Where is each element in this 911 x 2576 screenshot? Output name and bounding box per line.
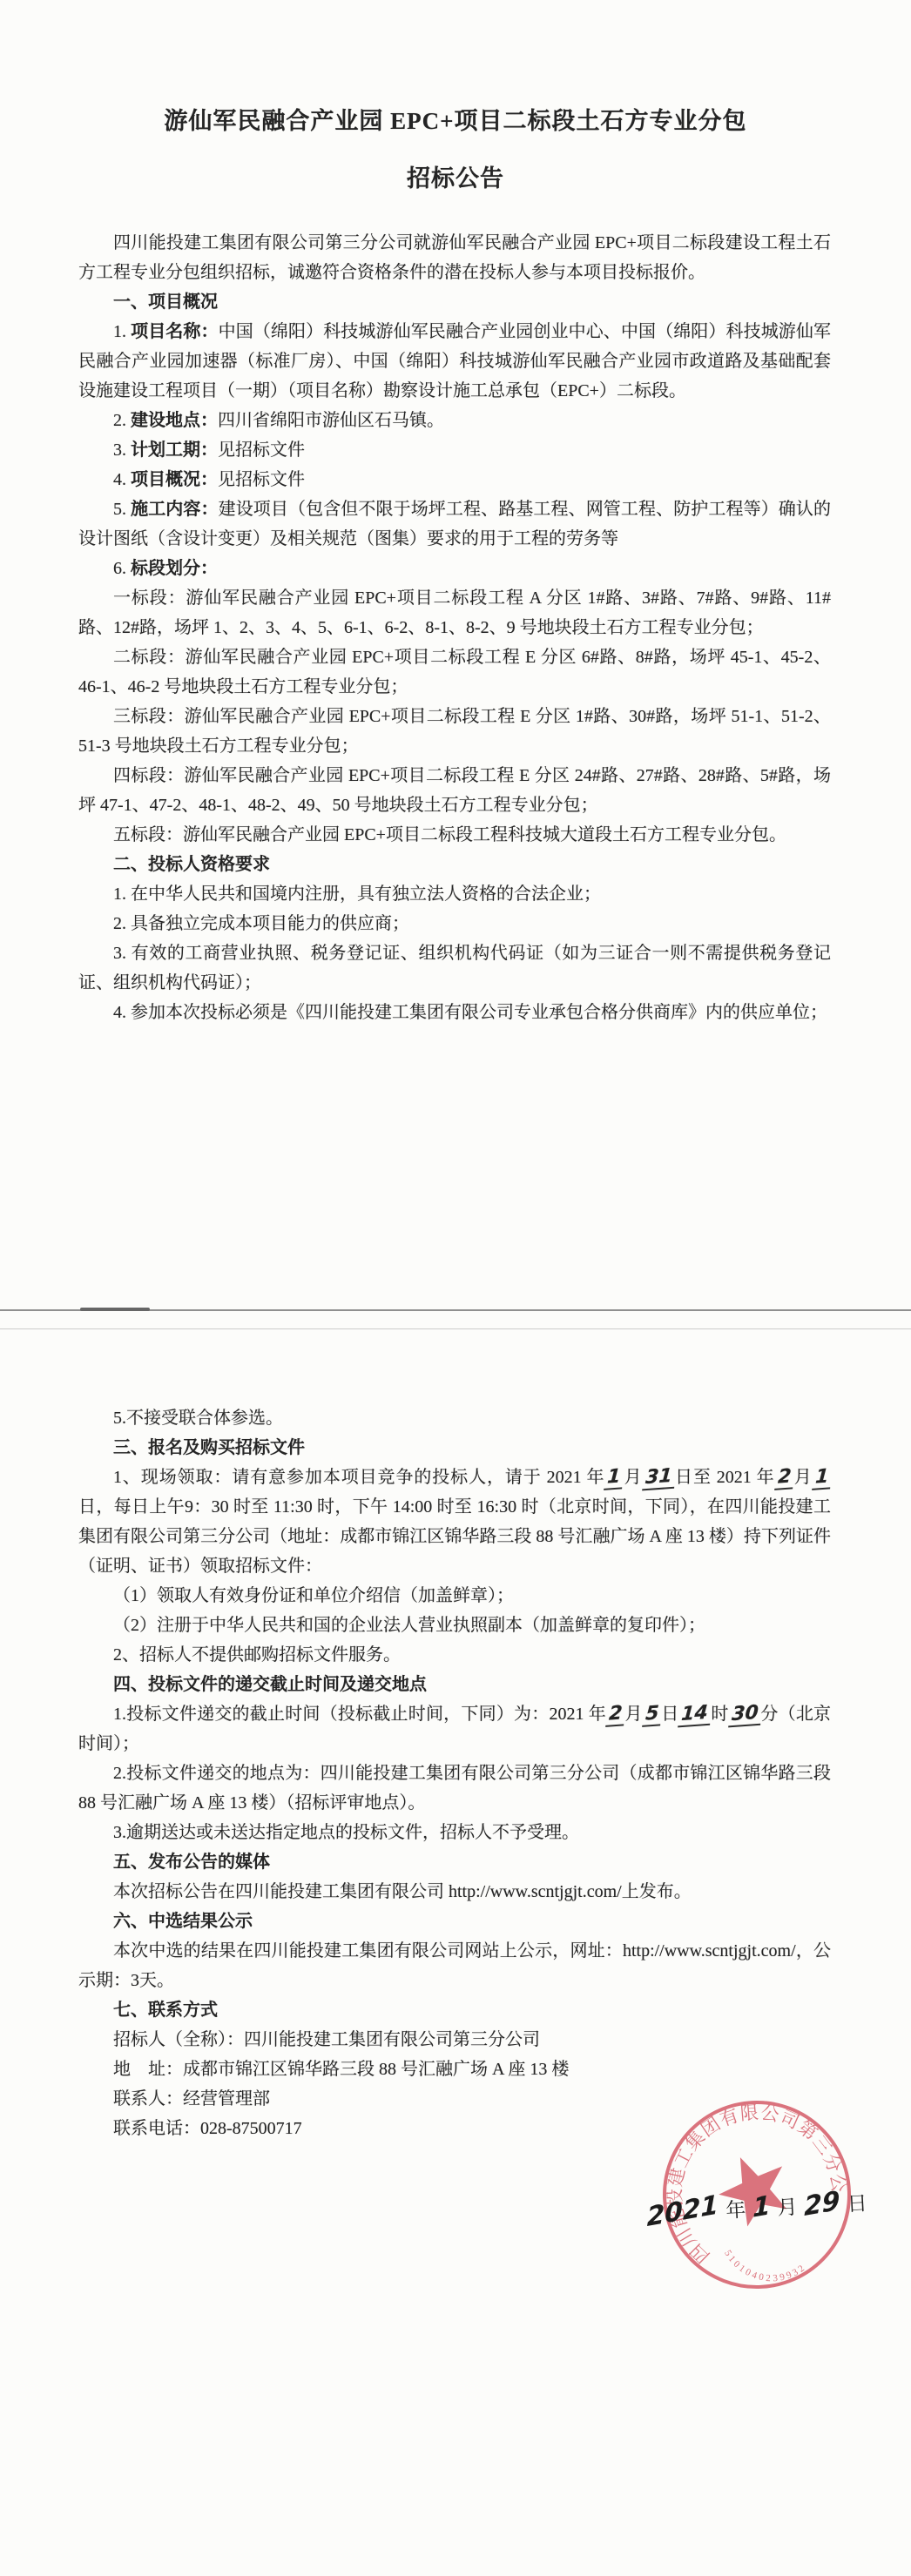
paragraph: 本次招标公告在四川能投建工集团有限公司 http://www.scntjgjt.… bbox=[78, 1877, 831, 1907]
text-run: （1）领取人有效身份证和单位介绍信（加盖鲜章）； bbox=[113, 1586, 514, 1605]
text-run: 月 bbox=[772, 2196, 803, 2219]
text-run: 二标段：游仙军民融合产业园 EPC+项目二标段工程 E 分区 6#路、8#路，场… bbox=[78, 648, 831, 696]
paragraph: 6. 标段划分： bbox=[78, 554, 831, 583]
text-run: 2.投标文件递交的地点为：四川能投建工集团有限公司第三分公司（成都市锦江区锦华路… bbox=[78, 1764, 831, 1813]
paragraph: 3. 计划工期：见招标文件 bbox=[78, 435, 831, 465]
text-run: 五标段：游仙军民融合产业园 EPC+项目二标段工程科技城大道段土石方工程专业分包… bbox=[113, 825, 786, 844]
text-run: 三标段：游仙军民融合产业园 EPC+项目二标段工程 E 分区 1#路、30#路，… bbox=[78, 707, 831, 756]
text-run: 3.逾期送达或未送达指定地点的投标文件，招标人不予受理。 bbox=[113, 1823, 579, 1842]
text-run: 日，每日上午9：30 时至 11:30 时，下午 14:00 时至 16:30 … bbox=[78, 1497, 831, 1576]
scanned-tender-document: 游仙军民融合产业园 EPC+项目二标段土石方专业分包 招标公告 四川能投建工集团… bbox=[0, 0, 911, 2576]
text-run: 一、项目概况 bbox=[113, 293, 218, 312]
section-heading: 五、发布公告的媒体 bbox=[78, 1847, 831, 1877]
text-run: 时 bbox=[711, 1705, 728, 1724]
page-1: 游仙军民融合产业园 EPC+项目二标段土石方专业分包 招标公告 四川能投建工集团… bbox=[0, 0, 911, 1027]
text-run: 2、招标人不提供邮购招标文件服务。 bbox=[113, 1645, 401, 1665]
handwritten-entry: 31 bbox=[642, 1467, 675, 1491]
handwritten-entry: 1 bbox=[812, 1467, 832, 1490]
section-heading: 二、投标人资格要求 bbox=[78, 850, 831, 879]
text-run: 日 bbox=[841, 2192, 867, 2215]
page-2: 5.不接受联合体参选。三、报名及购买招标文件1、现场领取：请有意参加本项目竞争的… bbox=[0, 1329, 911, 2143]
section-heading: 一、项目概况 bbox=[78, 287, 831, 317]
handwritten-entry: 5 bbox=[642, 1704, 662, 1727]
page-1-body: 四川能投建工集团有限公司第三分公司就游仙军民融合产业园 EPC+项目二标段建设工… bbox=[78, 228, 831, 1027]
paragraph: 2. 具备独立完成本项目能力的供应商； bbox=[78, 909, 831, 938]
handwritten-entry: 14 bbox=[678, 1704, 712, 1728]
text-run: 月 bbox=[793, 1468, 813, 1487]
text-run: 5. bbox=[113, 500, 131, 519]
document-title-line-1: 游仙军民融合产业园 EPC+项目二标段土石方专业分包 bbox=[0, 92, 911, 150]
text-run: 一标段：游仙军民融合产业园 EPC+项目二标段工程 A 分区 1#路、3#路、7… bbox=[78, 589, 831, 637]
text-run: 3. 有效的工商营业执照、税务登记证、组织机构代码证（如为三证合一则不需提供税务… bbox=[78, 944, 831, 992]
text-run: 三、报名及购买招标文件 bbox=[113, 1438, 305, 1457]
handwritten-entry: 30 bbox=[728, 1704, 761, 1728]
document-title-block: 游仙军民融合产业园 EPC+项目二标段土石方专业分包 招标公告 bbox=[0, 0, 911, 207]
page-2-body: 5.不接受联合体参选。三、报名及购买招标文件1、现场领取：请有意参加本项目竞争的… bbox=[78, 1403, 831, 2143]
paragraph: （2）注册于中华人民共和国的企业法人营业执照副本（加盖鲜章的复印件）； bbox=[78, 1611, 831, 1640]
paragraph: 5. 施工内容：建设项目（包含但不限于场坪工程、路基工程、网管工程、防护工程等）… bbox=[78, 494, 831, 554]
paragraph: 四标段：游仙军民融合产业园 EPC+项目二标段工程 E 分区 24#路、27#路… bbox=[78, 761, 831, 820]
section-heading: 四、投标文件的递交截止时间及递交地点 bbox=[78, 1670, 831, 1699]
text-run: 项目名称： bbox=[131, 322, 219, 341]
text-run: 四川省绵阳市游仙区石马镇。 bbox=[218, 411, 444, 430]
text-run: 四、投标文件的递交截止时间及递交地点 bbox=[113, 1675, 427, 1694]
text-run: 1. bbox=[113, 322, 131, 341]
paragraph: 1.投标文件递交的截止时间（投标截止时间，下同）为：2021 年2月5日14时3… bbox=[78, 1699, 831, 1759]
paragraph: 2.投标文件递交的地点为：四川能投建工集团有限公司第三分公司（成都市锦江区锦华路… bbox=[78, 1759, 831, 1818]
text-run: 五、发布公告的媒体 bbox=[113, 1853, 270, 1872]
text-run: 月 bbox=[624, 1705, 642, 1724]
text-run: 建设地点： bbox=[131, 411, 218, 430]
text-run: 年 bbox=[720, 2198, 752, 2222]
text-run: 联系电话：028-87500717 bbox=[113, 2119, 302, 2138]
paragraph: 五标段：游仙军民融合产业园 EPC+项目二标段工程科技城大道段土石方工程专业分包… bbox=[78, 820, 831, 850]
text-run: 六、中选结果公示 bbox=[113, 1912, 253, 1931]
paragraph: 3. 有效的工商营业执照、税务登记证、组织机构代码证（如为三证合一则不需提供税务… bbox=[78, 938, 831, 998]
text-run: 见招标文件 bbox=[218, 441, 305, 460]
text-run: 项目概况： bbox=[131, 470, 218, 489]
paragraph: 4. 参加本次投标必须是《四川能投建工集团有限公司专业承包合格分供商库》内的供应… bbox=[78, 998, 831, 1027]
paragraph: 3.逾期送达或未送达指定地点的投标文件，招标人不予受理。 bbox=[78, 1818, 831, 1847]
text-run: 1、现场领取：请有意参加本项目竞争的投标人，请于 2021 年 bbox=[113, 1468, 604, 1487]
text-run: 地 址：成都市锦江区锦华路三段 88 号汇融广场 A 座 13 楼 bbox=[113, 2060, 569, 2079]
text-run: 施工内容： bbox=[131, 500, 219, 519]
section-heading: 七、联系方式 bbox=[78, 1995, 831, 2025]
text-run: 标段划分： bbox=[131, 559, 218, 578]
text-run: 4. bbox=[113, 470, 131, 489]
text-run: 2. bbox=[113, 411, 131, 430]
text-run: （2）注册于中华人民共和国的企业法人营业执照副本（加盖鲜章的复印件）； bbox=[113, 1616, 705, 1635]
text-run: 6. bbox=[113, 559, 131, 578]
paragraph: 1. 在中华人民共和国境内注册，具有独立法人资格的合法企业； bbox=[78, 879, 831, 909]
text-run: 四川能投建工集团有限公司第三分公司就游仙军民融合产业园 EPC+项目二标段建设工… bbox=[78, 233, 831, 282]
text-run: 七、联系方式 bbox=[113, 2001, 218, 2020]
paragraph: 地 址：成都市锦江区锦华路三段 88 号汇融广场 A 座 13 楼 bbox=[78, 2055, 831, 2084]
paragraph: 2. 建设地点：四川省绵阳市游仙区石马镇。 bbox=[78, 406, 831, 435]
handwritten-entry: 1 bbox=[751, 2192, 772, 2223]
text-run: 招标人（全称）：四川能投建工集团有限公司第三分公司 bbox=[113, 2030, 540, 2049]
text-run: 见招标文件 bbox=[218, 470, 305, 489]
paragraph: 一标段：游仙军民融合产业园 EPC+项目二标段工程 A 分区 1#路、3#路、7… bbox=[78, 583, 831, 642]
text-run: 2. 具备独立完成本项目能力的供应商； bbox=[113, 914, 409, 933]
paragraph: 1、现场领取：请有意参加本项目竞争的投标人，请于 2021 年1月31日至 20… bbox=[78, 1463, 831, 1581]
handwritten-entry: 2 bbox=[605, 1704, 625, 1727]
paragraph: 二标段：游仙军民融合产业园 EPC+项目二标段工程 E 分区 6#路、8#路，场… bbox=[78, 642, 831, 702]
text-run: 四标段：游仙军民融合产业园 EPC+项目二标段工程 E 分区 24#路、27#路… bbox=[78, 766, 831, 815]
text-run: 日至 2021 年 bbox=[674, 1468, 774, 1487]
section-heading: 三、报名及购买招标文件 bbox=[78, 1433, 831, 1463]
handwritten-entry: 1 bbox=[604, 1467, 624, 1490]
page-break-artifact bbox=[80, 1308, 150, 1311]
text-run: 日 bbox=[661, 1705, 678, 1724]
text-run: 月 bbox=[624, 1468, 643, 1487]
text-run: 5.不接受联合体参选。 bbox=[113, 1409, 283, 1428]
text-run: 1.投标文件递交的截止时间（投标截止时间，下同）为：2021 年 bbox=[113, 1705, 606, 1724]
text-run: 二、投标人资格要求 bbox=[113, 855, 270, 874]
text-run: 联系人：经营管理部 bbox=[113, 2089, 270, 2109]
paragraph: 4. 项目概况：见招标文件 bbox=[78, 465, 831, 494]
text-run: 1. 在中华人民共和国境内注册，具有独立法人资格的合法企业； bbox=[113, 884, 601, 904]
text-run: 本次招标公告在四川能投建工集团有限公司 http://www.scntjgjt.… bbox=[113, 1882, 692, 1901]
paragraph: 本次中选的结果在四川能投建工集团有限公司网站上公示，网址：http://www.… bbox=[78, 1936, 831, 1995]
text-run: 本次中选的结果在四川能投建工集团有限公司网站上公示，网址：http://www.… bbox=[78, 1941, 831, 1990]
document-title-line-2: 招标公告 bbox=[0, 150, 911, 207]
handwritten-entry: 2 bbox=[774, 1467, 794, 1490]
text-run: 4. 参加本次投标必须是《四川能投建工集团有限公司专业承包合格分供商库》内的供应… bbox=[113, 1003, 827, 1022]
paragraph: 三标段：游仙军民融合产业园 EPC+项目二标段工程 E 分区 1#路、30#路，… bbox=[78, 702, 831, 761]
paragraph: 四川能投建工集团有限公司第三分公司就游仙军民融合产业园 EPC+项目二标段建设工… bbox=[78, 228, 831, 287]
paragraph: 2、招标人不提供邮购招标文件服务。 bbox=[78, 1640, 831, 1670]
text-run: 计划工期： bbox=[131, 441, 218, 460]
section-heading: 六、中选结果公示 bbox=[78, 1907, 831, 1936]
paragraph: 招标人（全称）：四川能投建工集团有限公司第三分公司 bbox=[78, 2025, 831, 2055]
paragraph: （1）领取人有效身份证和单位介绍信（加盖鲜章）； bbox=[78, 1581, 831, 1611]
text-run: 3. bbox=[113, 441, 131, 460]
paragraph: 1. 项目名称：中国（绵阳）科技城游仙军民融合产业园创业中心、中国（绵阳）科技城… bbox=[78, 317, 831, 406]
paragraph: 5.不接受联合体参选。 bbox=[78, 1403, 831, 1433]
handwritten-entry: 29 bbox=[803, 2188, 842, 2221]
